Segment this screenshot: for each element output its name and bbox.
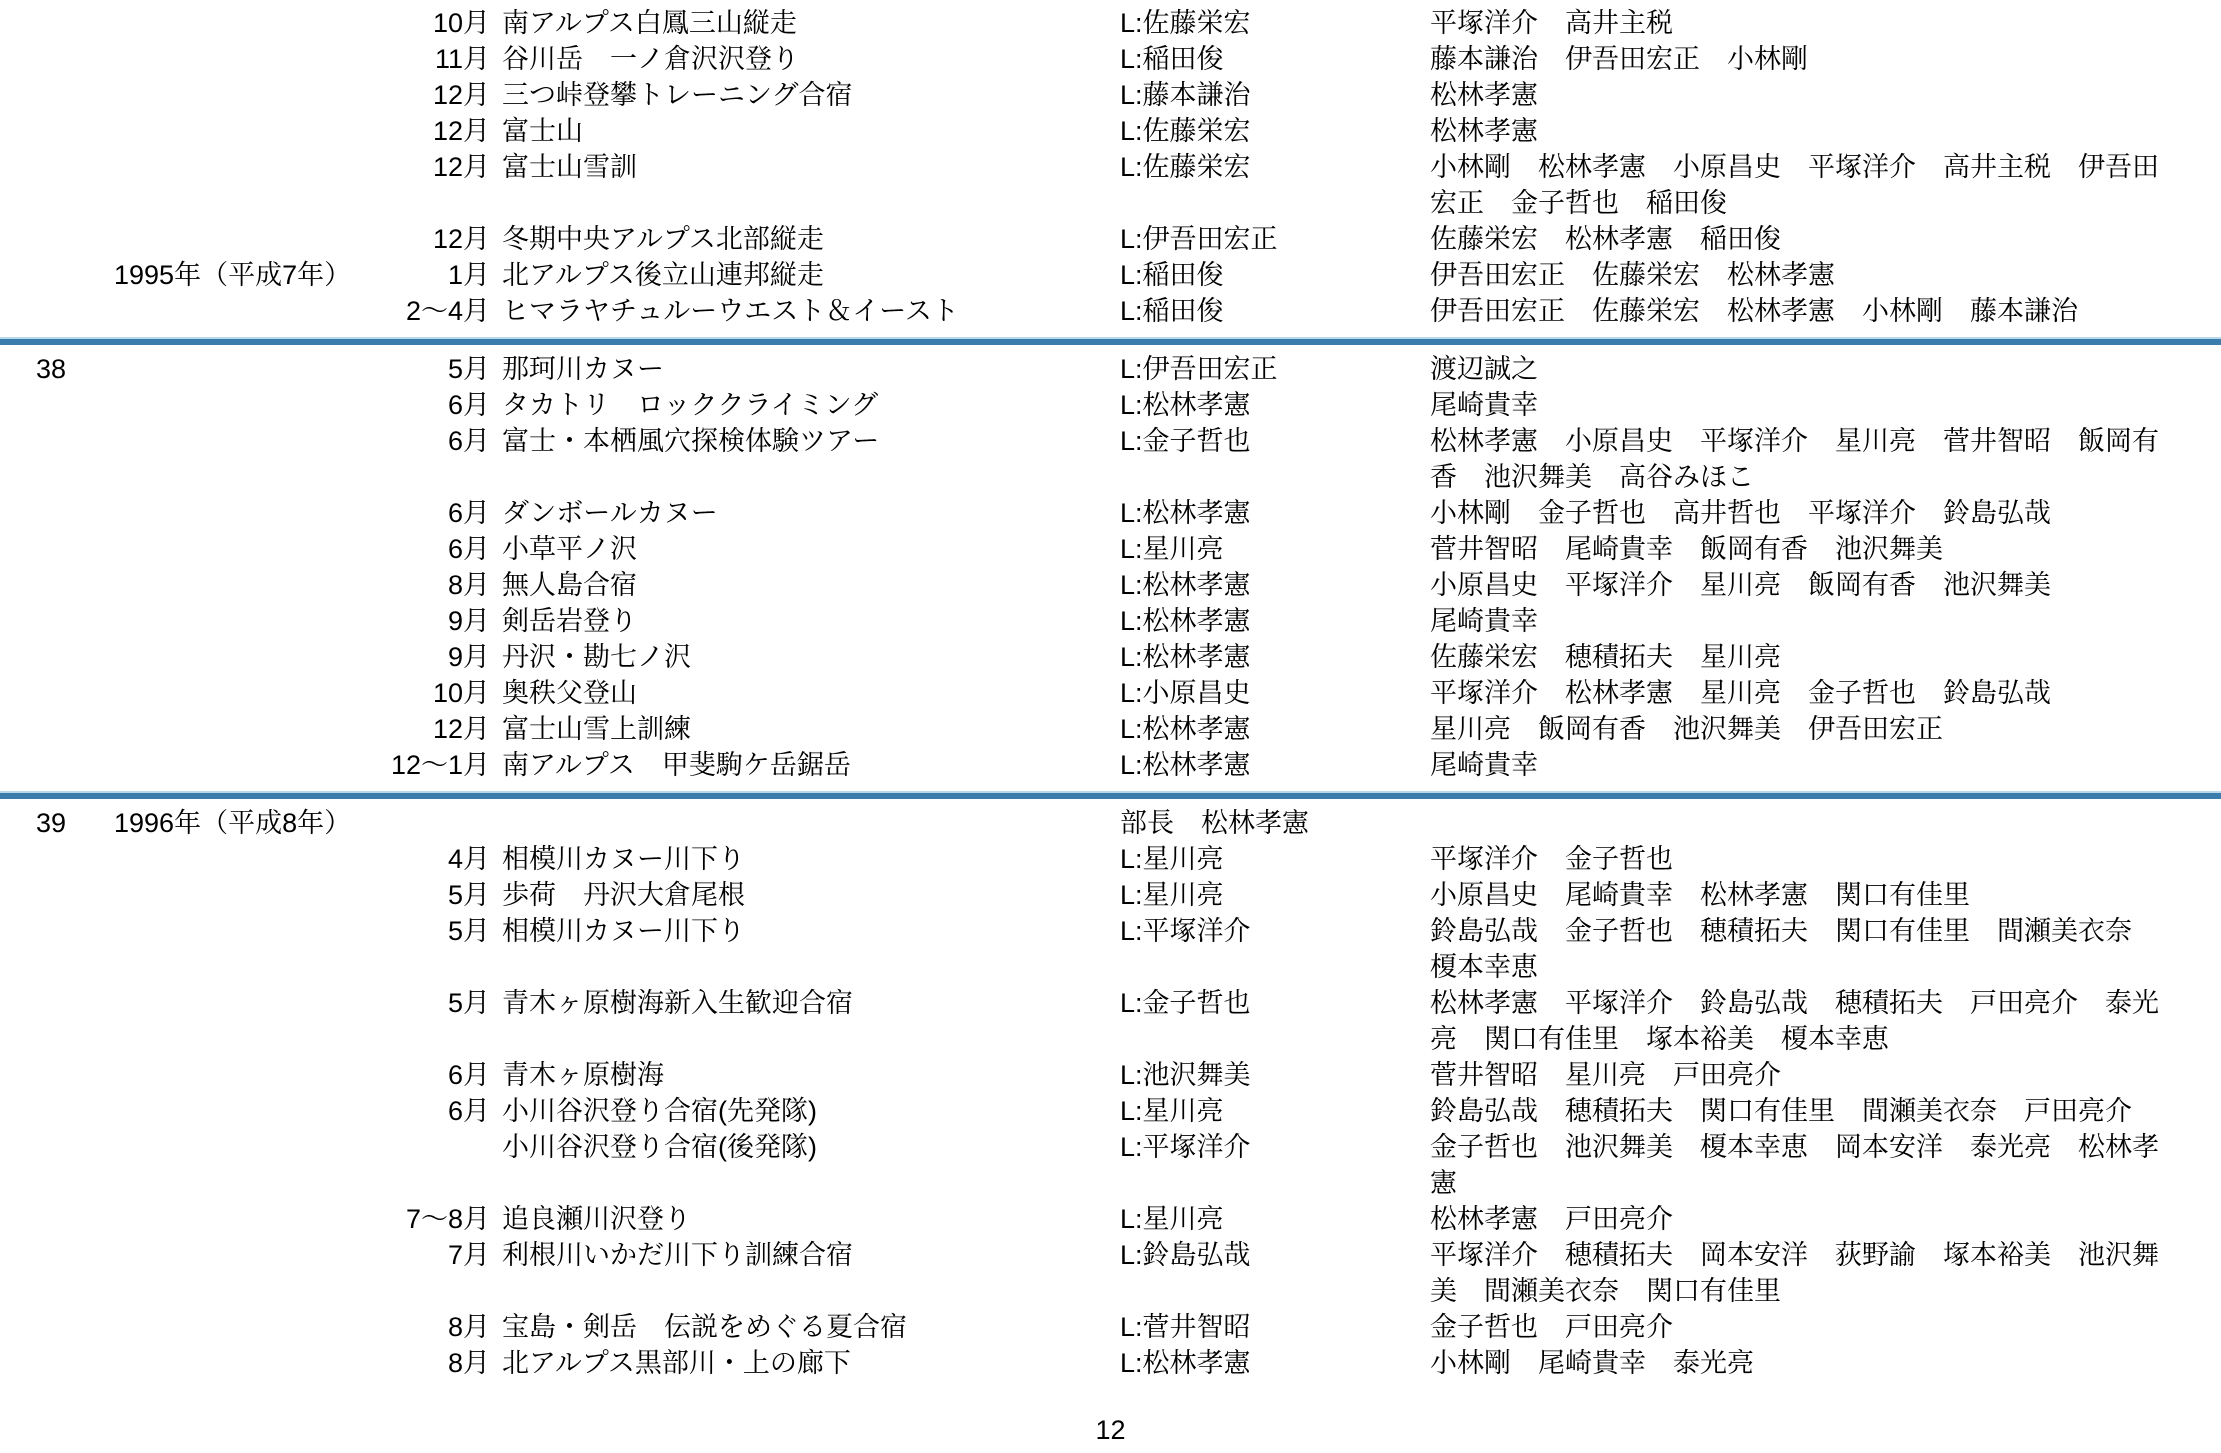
cell-participants: 尾崎貴幸 [1430,603,2180,639]
cell-month: 5月 [390,877,490,913]
cell-participants: 菅井智昭 尾崎貴幸 飯岡有香 池沢舞美 [1430,531,2180,567]
cell-leader: L:小原昌史 [1120,675,1430,711]
cell-participants: 鈴島弘哉 穂積拓夫 関口有佳里 間瀬美衣奈 戸田亮介 [1430,1093,2180,1129]
cell-participants: 小原昌史 尾崎貴幸 松林孝憲 関口有佳里 [1430,877,2180,913]
cell-month: 11月 [390,41,490,77]
table-row: 6月タカトリ ロッククライミングL:松林孝憲尾崎貴幸 [0,387,2221,423]
cell-activity: 富士山雪上訓練 [502,711,1120,747]
table-row: 12月富士山L:佐藤栄宏松林孝憲 [0,113,2221,149]
cell-activity: 奥秩父登山 [502,675,1120,711]
table-row: 4月相模川カヌー川下りL:星川亮平塚洋介 金子哲也 [0,841,2221,877]
table-row: 2〜4月ヒマラヤチュルーウエスト＆イーストL:稲田俊伊吾田宏正 佐藤栄宏 松林孝… [0,293,2221,329]
cell-activity: 北アルプス黒部川・上の廊下 [502,1345,1120,1381]
cell-participants: 小原昌史 平塚洋介 星川亮 飯岡有香 池沢舞美 [1430,567,2180,603]
cell-participants: 平塚洋介 松林孝憲 星川亮 金子哲也 鈴島弘哉 [1430,675,2180,711]
cell-participants: 松林孝憲 平塚洋介 鈴島弘哉 穂積拓夫 戸田亮介 泰光亮 関口有佳里 塚本裕美 … [1430,985,2180,1057]
table-row: 12月富士山雪訓L:佐藤栄宏小林剛 松林孝憲 小原昌史 平塚洋介 高井主税 伊吾… [0,149,2221,221]
cell-leader: L:佐藤栄宏 [1120,113,1430,149]
cell-month: 6月 [390,495,490,531]
cell-month: 8月 [390,1309,490,1345]
cell-period-number: 38 [36,351,114,387]
cell-activity: 利根川いかだ川下り訓練合宿 [502,1237,1120,1273]
cell-leader: L:稲田俊 [1120,41,1430,77]
cell-leader: L:平塚洋介 [1120,913,1430,949]
cell-activity: 谷川岳 一ノ倉沢沢登り [502,41,1120,77]
page-number: 12 [0,1412,2221,1448]
table-row: 1995年（平成7年）1月北アルプス後立山連邦縦走L:稲田俊伊吾田宏正 佐藤栄宏… [0,257,2221,293]
cell-month: 12月 [390,113,490,149]
cell-month: 6月 [390,1057,490,1093]
cell-activity: 丹沢・勘七ノ沢 [502,639,1120,675]
cell-participants: 星川亮 飯岡有香 池沢舞美 伊吾田宏正 [1430,711,2180,747]
cell-month: 2〜4月 [390,293,490,329]
cell-participants: 小林剛 金子哲也 高井哲也 平塚洋介 鈴島弘哉 [1430,495,2180,531]
cell-leader: L:星川亮 [1120,841,1430,877]
cell-month: 12月 [390,149,490,185]
cell-month: 6月 [390,1093,490,1129]
table-row: 5月相模川カヌー川下りL:平塚洋介鈴島弘哉 金子哲也 穂積拓夫 関口有佳里 間瀬… [0,913,2221,985]
cell-leader: L:伊吾田宏正 [1120,221,1430,257]
cell-leader: L:星川亮 [1120,1201,1430,1237]
cell-activity: 富士山 [502,113,1120,149]
table-row: 12月富士山雪上訓練L:松林孝憲星川亮 飯岡有香 池沢舞美 伊吾田宏正 [0,711,2221,747]
cell-month: 6月 [390,531,490,567]
cell-leader: L:松林孝憲 [1120,495,1430,531]
cell-participants: 渡辺誠之 [1430,351,2180,387]
table-row: 8月北アルプス黒部川・上の廊下L:松林孝憲小林剛 尾崎貴幸 泰光亮 [0,1345,2221,1381]
cell-month: 12月 [390,221,490,257]
cell-month: 4月 [390,841,490,877]
cell-leader: L:佐藤栄宏 [1120,149,1430,185]
table-row: 6月小草平ノ沢L:星川亮菅井智昭 尾崎貴幸 飯岡有香 池沢舞美 [0,531,2221,567]
table-row: 6月ダンボールカヌーL:松林孝憲小林剛 金子哲也 高井哲也 平塚洋介 鈴島弘哉 [0,495,2221,531]
cell-month: 5月 [390,351,490,387]
cell-leader: L:稲田俊 [1120,257,1430,293]
cell-activity: 相模川カヌー川下り [502,913,1120,949]
table-row: 6月青木ヶ原樹海L:池沢舞美菅井智昭 星川亮 戸田亮介 [0,1057,2221,1093]
cell-leader: L:平塚洋介 [1120,1129,1430,1165]
cell-participants: 松林孝憲 [1430,77,2180,113]
cell-period-number: 39 [36,805,114,841]
cell-participants: 伊吾田宏正 佐藤栄宏 松林孝憲 小林剛 藤本謙治 [1430,293,2180,329]
cell-participants: 佐藤栄宏 松林孝憲 稲田俊 [1430,221,2180,257]
cell-participants: 松林孝憲 戸田亮介 [1430,1201,2180,1237]
cell-participants: 金子哲也 池沢舞美 榎本幸恵 岡本安洋 泰光亮 松林孝憲 [1430,1129,2180,1201]
cell-activity: ヒマラヤチュルーウエスト＆イースト [502,293,1120,329]
cell-leader: L:伊吾田宏正 [1120,351,1430,387]
table-row: 391996年（平成8年）部長 松林孝憲 [0,805,2221,841]
cell-activity: ダンボールカヌー [502,495,1120,531]
cell-participants: 尾崎貴幸 [1430,747,2180,783]
cell-participants: 尾崎貴幸 [1430,387,2180,423]
cell-month: 10月 [390,5,490,41]
cell-participants: 金子哲也 戸田亮介 [1430,1309,2180,1345]
table-row: 小川谷沢登り合宿(後発隊)L:平塚洋介金子哲也 池沢舞美 榎本幸恵 岡本安洋 泰… [0,1129,2221,1201]
table-row: 385月那珂川カヌーL:伊吾田宏正渡辺誠之 [0,351,2221,387]
section-divider [0,791,2221,799]
cell-month: 7〜8月 [390,1201,490,1237]
cell-participants: 小林剛 松林孝憲 小原昌史 平塚洋介 高井主税 伊吾田宏正 金子哲也 稲田俊 [1430,149,2180,221]
cell-activity: 富士・本栖風穴探検体験ツアー [502,423,1120,459]
cell-year: 1996年（平成8年） [114,805,390,841]
cell-activity: 小草平ノ沢 [502,531,1120,567]
cell-leader: L:星川亮 [1120,531,1430,567]
cell-activity: 北アルプス後立山連邦縦走 [502,257,1120,293]
cell-leader: L:金子哲也 [1120,985,1430,1021]
cell-leader: L:星川亮 [1120,877,1430,913]
cell-participants: 佐藤栄宏 穂積拓夫 星川亮 [1430,639,2180,675]
cell-activity: 那珂川カヌー [502,351,1120,387]
cell-leader: L:稲田俊 [1120,293,1430,329]
table-row: 12月三つ峠登攀トレーニング合宿L:藤本謙治松林孝憲 [0,77,2221,113]
cell-month: 9月 [390,639,490,675]
cell-activity: 三つ峠登攀トレーニング合宿 [502,77,1120,113]
cell-activity: 追良瀬川沢登り [502,1201,1120,1237]
cell-year: 1995年（平成7年） [114,257,390,293]
cell-activity: 南アルプス白鳳三山縦走 [502,5,1120,41]
table-row: 7月利根川いかだ川下り訓練合宿L:鈴島弘哉平塚洋介 穂積拓夫 岡本安洋 荻野諭 … [0,1237,2221,1309]
cell-month: 6月 [390,423,490,459]
table-row: 6月小川谷沢登り合宿(先発隊)L:星川亮鈴島弘哉 穂積拓夫 関口有佳里 間瀬美衣… [0,1093,2221,1129]
table-row: 12〜1月南アルプス 甲斐駒ケ岳鋸岳L:松林孝憲尾崎貴幸 [0,747,2221,783]
cell-leader: L:松林孝憲 [1120,387,1430,423]
cell-activity: 宝島・剣岳 伝説をめぐる夏合宿 [502,1309,1120,1345]
cell-month: 1月 [390,257,490,293]
cell-activity: 富士山雪訓 [502,149,1120,185]
document-page: 10月南アルプス白鳳三山縦走L:佐藤栄宏平塚洋介 高井主税11月谷川岳 一ノ倉沢… [0,0,2221,1453]
cell-participants: 平塚洋介 穂積拓夫 岡本安洋 荻野諭 塚本裕美 池沢舞美 間瀬美衣奈 関口有佳里 [1430,1237,2180,1309]
cell-month: 12月 [390,77,490,113]
cell-leader: L:松林孝憲 [1120,747,1430,783]
cell-leader: L:星川亮 [1120,1093,1430,1129]
cell-leader: L:菅井智昭 [1120,1309,1430,1345]
cell-month: 12月 [390,711,490,747]
table-row: 10月奥秩父登山L:小原昌史平塚洋介 松林孝憲 星川亮 金子哲也 鈴島弘哉 [0,675,2221,711]
cell-activity: 南アルプス 甲斐駒ケ岳鋸岳 [502,747,1120,783]
cell-month: 5月 [390,913,490,949]
cell-month: 9月 [390,603,490,639]
table-row: 7〜8月追良瀬川沢登りL:星川亮松林孝憲 戸田亮介 [0,1201,2221,1237]
cell-participants: 鈴島弘哉 金子哲也 穂積拓夫 関口有佳里 間瀬美衣奈 榎本幸恵 [1430,913,2180,985]
cell-leader: L:鈴島弘哉 [1120,1237,1430,1273]
cell-activity: タカトリ ロッククライミング [502,387,1120,423]
table-row: 10月南アルプス白鳳三山縦走L:佐藤栄宏平塚洋介 高井主税 [0,5,2221,41]
cell-participants: 松林孝憲 [1430,113,2180,149]
cell-participants: 松林孝憲 小原昌史 平塚洋介 星川亮 菅井智昭 飯岡有香 池沢舞美 高谷みほこ [1430,423,2180,495]
cell-activity: 冬期中央アルプス北部縦走 [502,221,1120,257]
cell-month: 7月 [390,1237,490,1273]
table-row: 8月宝島・剣岳 伝説をめぐる夏合宿L:菅井智昭金子哲也 戸田亮介 [0,1309,2221,1345]
cell-activity: 歩荷 丹沢大倉尾根 [502,877,1120,913]
cell-leader: L:佐藤栄宏 [1120,5,1430,41]
cell-activity: 相模川カヌー川下り [502,841,1120,877]
table-row: 12月冬期中央アルプス北部縦走L:伊吾田宏正佐藤栄宏 松林孝憲 稲田俊 [0,221,2221,257]
cell-month: 8月 [390,1345,490,1381]
activity-history-table: 10月南アルプス白鳳三山縦走L:佐藤栄宏平塚洋介 高井主税11月谷川岳 一ノ倉沢… [0,0,2221,1381]
cell-participants: 藤本謙治 伊吾田宏正 小林剛 [1430,41,2180,77]
cell-leader: L:松林孝憲 [1120,711,1430,747]
cell-participants: 平塚洋介 金子哲也 [1430,841,2180,877]
table-row: 9月剣岳岩登りL:松林孝憲尾崎貴幸 [0,603,2221,639]
cell-leader: L:金子哲也 [1120,423,1430,459]
cell-leader: L:藤本謙治 [1120,77,1430,113]
cell-activity: 小川谷沢登り合宿(後発隊) [502,1129,1120,1165]
cell-participants: 小林剛 尾崎貴幸 泰光亮 [1430,1345,2180,1381]
cell-month: 10月 [390,675,490,711]
cell-participants: 平塚洋介 高井主税 [1430,5,2180,41]
cell-leader: L:池沢舞美 [1120,1057,1430,1093]
cell-participants: 伊吾田宏正 佐藤栄宏 松林孝憲 [1430,257,2180,293]
table-row: 11月谷川岳 一ノ倉沢沢登りL:稲田俊藤本謙治 伊吾田宏正 小林剛 [0,41,2221,77]
cell-month: 8月 [390,567,490,603]
cell-month: 12〜1月 [390,747,490,783]
cell-leader: 部長 松林孝憲 [1120,805,1430,841]
cell-month: 6月 [390,387,490,423]
cell-activity: 青木ヶ原樹海 [502,1057,1120,1093]
cell-leader: L:松林孝憲 [1120,567,1430,603]
table-row: 9月丹沢・勘七ノ沢L:松林孝憲佐藤栄宏 穂積拓夫 星川亮 [0,639,2221,675]
table-row: 5月歩荷 丹沢大倉尾根L:星川亮小原昌史 尾崎貴幸 松林孝憲 関口有佳里 [0,877,2221,913]
section-divider [0,337,2221,345]
cell-leader: L:松林孝憲 [1120,639,1430,675]
cell-month: 5月 [390,985,490,1021]
table-row: 6月富士・本栖風穴探検体験ツアーL:金子哲也松林孝憲 小原昌史 平塚洋介 星川亮… [0,423,2221,495]
cell-leader: L:松林孝憲 [1120,603,1430,639]
cell-leader: L:松林孝憲 [1120,1345,1430,1381]
table-row: 5月青木ヶ原樹海新入生歓迎合宿L:金子哲也松林孝憲 平塚洋介 鈴島弘哉 穂積拓夫… [0,985,2221,1057]
cell-participants: 菅井智昭 星川亮 戸田亮介 [1430,1057,2180,1093]
cell-activity: 無人島合宿 [502,567,1120,603]
table-row: 8月無人島合宿L:松林孝憲小原昌史 平塚洋介 星川亮 飯岡有香 池沢舞美 [0,567,2221,603]
cell-activity: 青木ヶ原樹海新入生歓迎合宿 [502,985,1120,1021]
cell-activity: 剣岳岩登り [502,603,1120,639]
cell-activity: 小川谷沢登り合宿(先発隊) [502,1093,1120,1129]
